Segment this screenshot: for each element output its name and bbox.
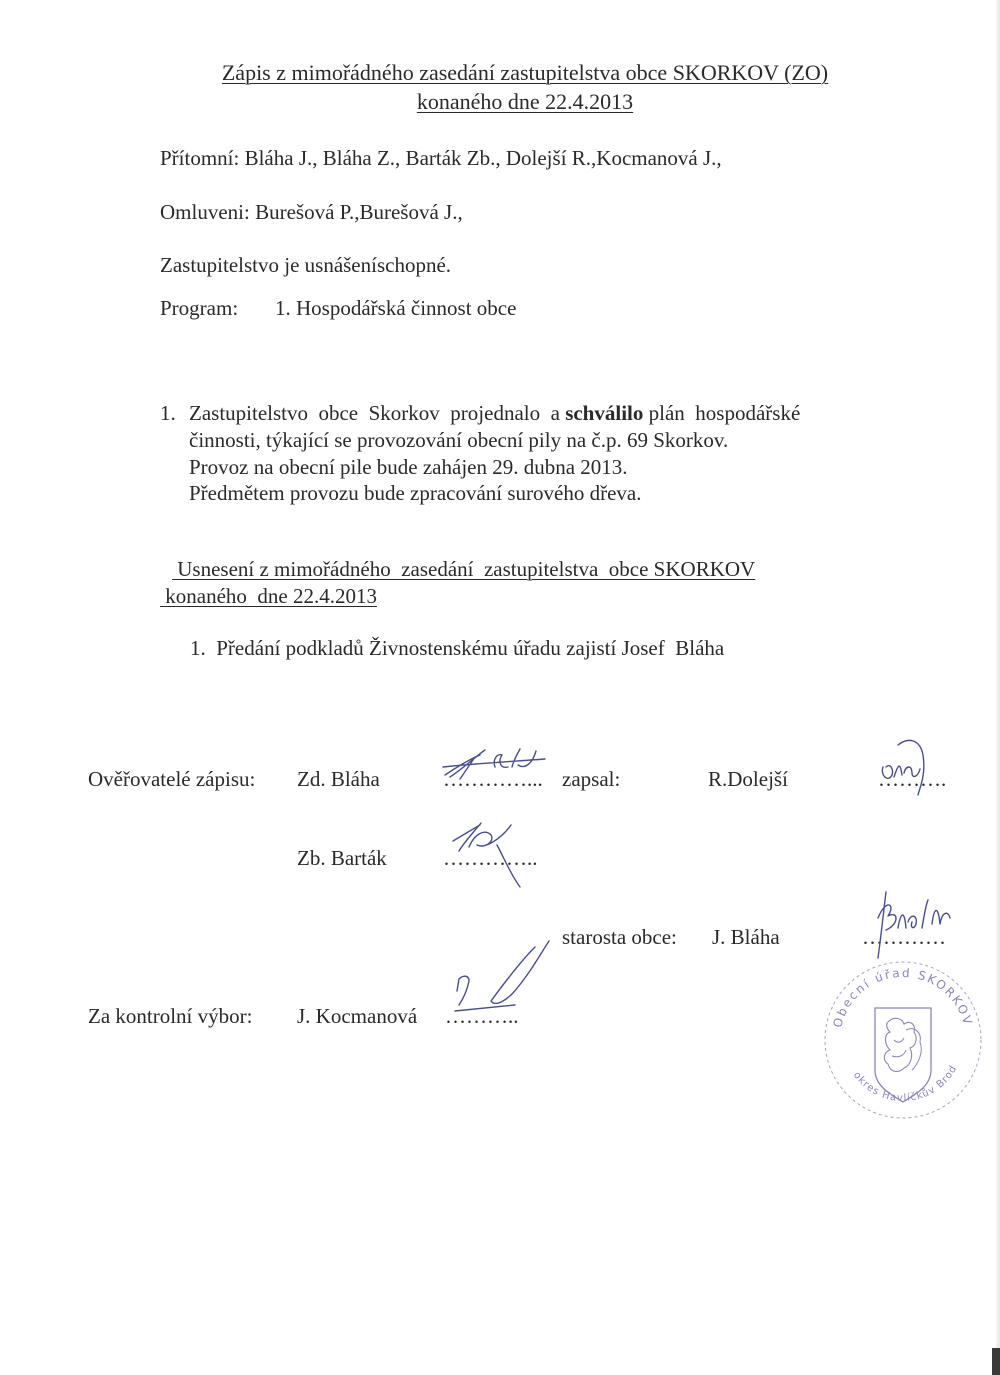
signature-mayor (868, 888, 968, 968)
coat-of-arms-icon (875, 1008, 931, 1102)
document-title: Zápis z mimořádného zasedání zastupitels… (25, 60, 1000, 86)
resolution-title: Usnesení z mimořádného zasedání zastupit… (172, 557, 755, 582)
control-committee-label: Za kontrolní výbor: (88, 1004, 252, 1029)
verifiers-label: Ověřovatelé zápisu: (88, 767, 255, 792)
scan-edge (996, 0, 1000, 1375)
minutes-item-line3: Provoz na obecní pile bude zahájen 29. d… (189, 455, 628, 480)
signature-control-member (445, 935, 555, 1025)
excused-members: Omluveni: Burešová P.,Burešová J., (160, 200, 463, 225)
signature-verifier1 (440, 745, 550, 785)
minutes-text: Zastupitelstvo obce Skorkov projednalo a (189, 401, 565, 425)
approved-emphasis: schválilo (565, 401, 643, 425)
minutes-item-line2: činnosti, týkající se provozování obecní… (189, 428, 728, 453)
recorder-label: zapsal: (562, 767, 620, 792)
resolution-item: 1. Předání podkladů Živnostenskému úřadu… (190, 636, 724, 661)
recorder-name: R.Dolejší (708, 767, 788, 792)
program-item: 1. Hospodářská činnost obce (275, 296, 516, 321)
verifier1-name: Zd. Bláha (297, 767, 380, 792)
stamp-top-text: Obecní úřad SKORKOV (830, 966, 975, 1029)
control-member-name: J. Kocmanová (297, 1004, 417, 1029)
resolution-date: konaného dne 22.4.2013 (160, 584, 377, 609)
quorum-statement: Zastupitelstvo je usnášeníschopné. (160, 253, 451, 278)
mayor-label: starosta obce: (562, 925, 677, 950)
minutes-item-line1: Zastupitelstvo obce Skorkov projednalo a… (189, 401, 897, 426)
present-members: Přítomní: Bláha J., Bláha Z., Barták Zb.… (160, 146, 722, 171)
minutes-item-number: 1. (160, 401, 176, 426)
mayor-name: J. Bláha (712, 925, 780, 950)
minutes-item-line4: Předmětem provozu bude zpracování surové… (189, 481, 642, 506)
verifier2-name: Zb. Barták (297, 846, 387, 871)
document-page: Zápis z mimořádného zasedání zastupitels… (0, 0, 1000, 1375)
document-date: konaného dne 22.4.2013 (25, 89, 1000, 115)
program-label: Program: (160, 296, 238, 321)
stamp-bottom-text: okres Havlíčkův Brod (851, 1063, 960, 1104)
signature-verifier2 (445, 815, 525, 895)
official-stamp: Obecní úřad SKORKOV okres Havlíčkův Brod (818, 960, 988, 1125)
signature-recorder (868, 735, 948, 810)
scan-edge-mark (992, 1348, 1000, 1375)
minutes-text: plán hospodářské (643, 401, 800, 425)
